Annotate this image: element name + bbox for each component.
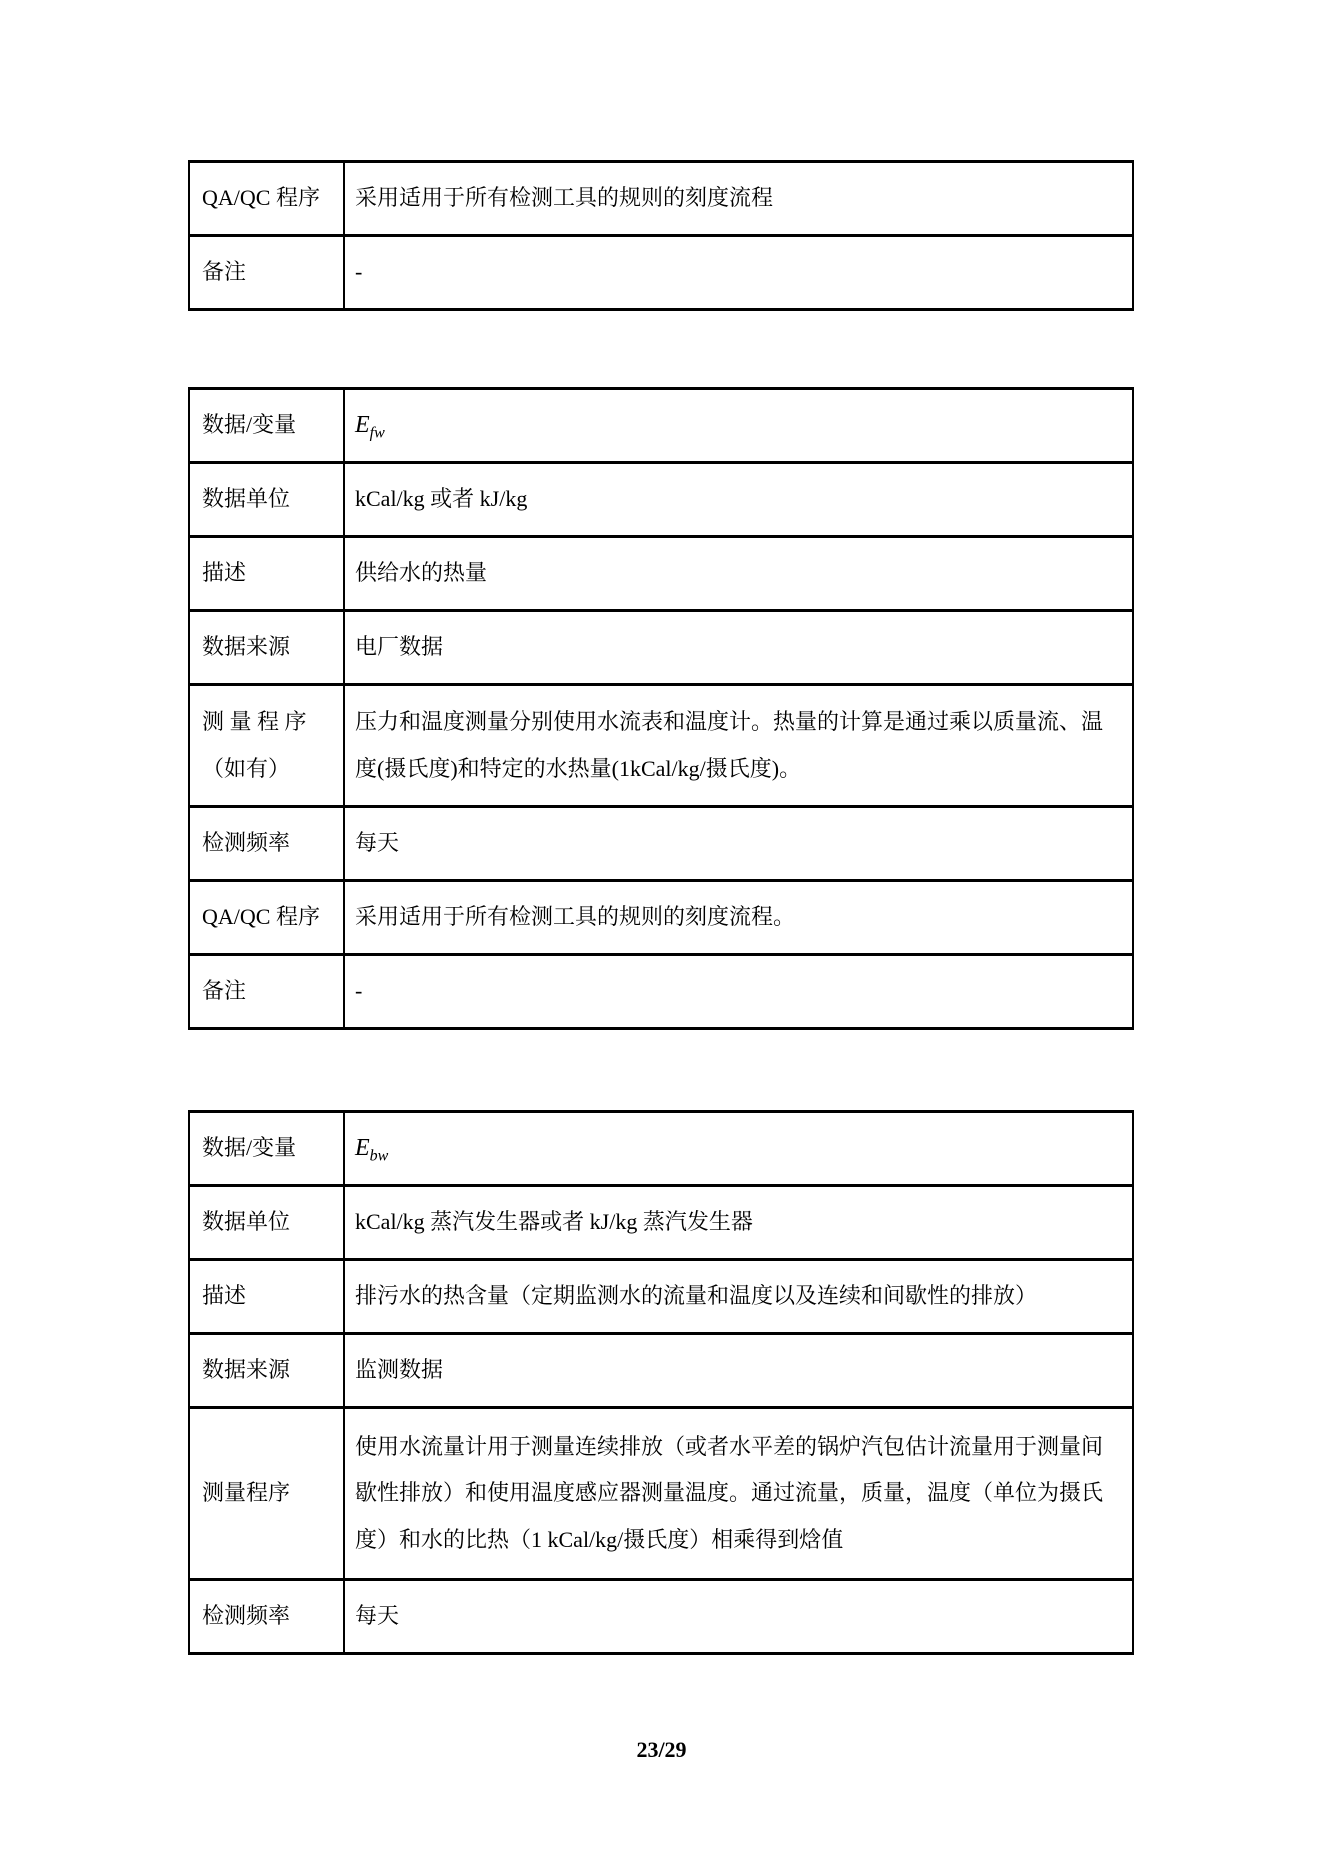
table-row: 备注 -	[189, 236, 1133, 310]
table-row: 数据来源 电厂数据	[189, 611, 1133, 685]
row-value-measurement-procedure: 使用水流量计用于测量连续排放（或者水平差的锅炉汽包估计流量用于测量间歇性排放）和…	[344, 1408, 1133, 1580]
table-row: 备注 -	[189, 955, 1133, 1029]
row-value-description: 排污水的热含量（定期监测水的流量和温度以及连续和间歇性的排放）	[344, 1260, 1133, 1334]
table-row: 描述 排污水的热含量（定期监测水的流量和温度以及连续和间歇性的排放）	[189, 1260, 1133, 1334]
row-label-data-unit: 数据单位	[189, 463, 344, 537]
table-row: QA/QC 程序 采用适用于所有检测工具的规则的刻度流程	[189, 162, 1133, 236]
table-row: 数据来源 监测数据	[189, 1334, 1133, 1408]
row-label-description: 描述	[189, 537, 344, 611]
table-row: 测量程序 使用水流量计用于测量连续排放（或者水平差的锅炉汽包估计流量用于测量间歇…	[189, 1408, 1133, 1580]
row-value-description: 供给水的热量	[344, 537, 1133, 611]
variable-symbol: E	[355, 412, 370, 438]
row-value-data-source: 电厂数据	[344, 611, 1133, 685]
row-value-data-variable: Efw	[344, 389, 1133, 463]
ebw-parameter-table: 数据/变量 Ebw 数据单位 kCal/kg 蒸汽发生器或者 kJ/kg 蒸汽发…	[188, 1110, 1134, 1655]
table-row: 数据/变量 Efw	[189, 389, 1133, 463]
row-label-monitoring-frequency: 检测频率	[189, 1580, 344, 1654]
table-row: 数据单位 kCal/kg 或者 kJ/kg	[189, 463, 1133, 537]
table-row: 描述 供给水的热量	[189, 537, 1133, 611]
variable-subscript: fw	[370, 425, 385, 442]
row-value-remarks: -	[344, 236, 1133, 310]
row-label-data-source: 数据来源	[189, 1334, 344, 1408]
row-label-measurement-procedure: 测量程序	[189, 1408, 344, 1580]
table-row: 数据/变量 Ebw	[189, 1112, 1133, 1186]
row-value-data-unit: kCal/kg 或者 kJ/kg	[344, 463, 1133, 537]
row-label-monitoring-frequency: 检测频率	[189, 807, 344, 881]
row-label-data-variable: 数据/变量	[189, 389, 344, 463]
table-row: 检测频率 每天	[189, 1580, 1133, 1654]
row-label-remarks: 备注	[189, 955, 344, 1029]
row-label-measurement-procedure: 测 量 程 序 （如有）	[189, 685, 344, 807]
row-label-remarks: 备注	[189, 236, 344, 310]
row-value-qaqc: 采用适用于所有检测工具的规则的刻度流程。	[344, 881, 1133, 955]
row-value-remarks: -	[344, 955, 1133, 1029]
row-label-qaqc: QA/QC 程序	[189, 881, 344, 955]
row-value-qaqc: 采用适用于所有检测工具的规则的刻度流程	[344, 162, 1133, 236]
efw-parameter-table: 数据/变量 Efw 数据单位 kCal/kg 或者 kJ/kg 描述 供给水的热…	[188, 387, 1134, 1030]
qaqc-remarks-table: QA/QC 程序 采用适用于所有检测工具的规则的刻度流程 备注 -	[188, 160, 1134, 311]
table-row: QA/QC 程序 采用适用于所有检测工具的规则的刻度流程。	[189, 881, 1133, 955]
row-label-data-source: 数据来源	[189, 611, 344, 685]
row-value-monitoring-frequency: 每天	[344, 807, 1133, 881]
table-row: 数据单位 kCal/kg 蒸汽发生器或者 kJ/kg 蒸汽发生器	[189, 1186, 1133, 1260]
row-label-description: 描述	[189, 1260, 344, 1334]
row-value-data-variable: Ebw	[344, 1112, 1133, 1186]
row-label-data-variable: 数据/变量	[189, 1112, 344, 1186]
page-number: 23/29	[0, 1737, 1323, 1763]
variable-symbol: E	[355, 1135, 370, 1161]
row-label-data-unit: 数据单位	[189, 1186, 344, 1260]
row-label-qaqc: QA/QC 程序	[189, 162, 344, 236]
row-value-data-source: 监测数据	[344, 1334, 1133, 1408]
row-value-monitoring-frequency: 每天	[344, 1580, 1133, 1654]
row-value-measurement-procedure: 压力和温度测量分别使用水流表和温度计。热量的计算是通过乘以质量流、温度(摄氏度)…	[344, 685, 1133, 807]
variable-subscript: bw	[370, 1148, 389, 1165]
table-row: 测 量 程 序 （如有） 压力和温度测量分别使用水流表和温度计。热量的计算是通过…	[189, 685, 1133, 807]
table-row: 检测频率 每天	[189, 807, 1133, 881]
row-value-data-unit: kCal/kg 蒸汽发生器或者 kJ/kg 蒸汽发生器	[344, 1186, 1133, 1260]
